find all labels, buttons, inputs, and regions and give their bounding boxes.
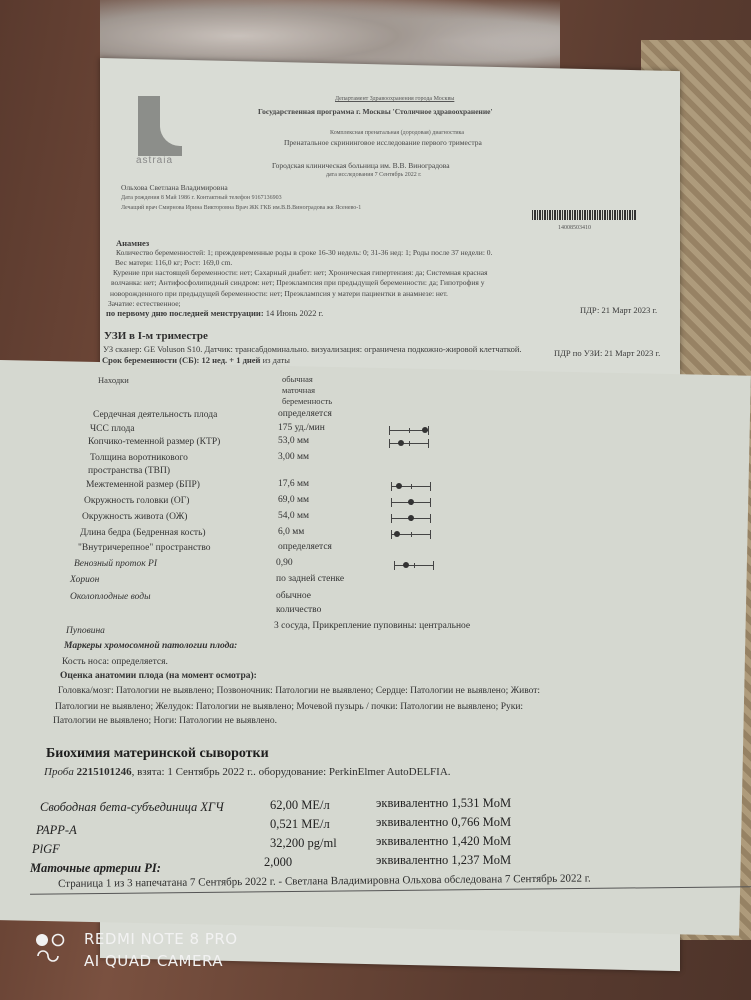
- measurement-label: Длина бедра (Бедренная кость): [80, 528, 206, 538]
- gestational-age: Срок беременности (СБ): 12 нед. + 1 дней…: [102, 355, 290, 365]
- anamnesis-line: Количество беременностей: 1; преждевреме…: [116, 248, 492, 257]
- measurement-label: Межтеменной размер (БПР): [86, 480, 200, 490]
- anatomy-line: Патологии не выявлено; Желудок: Патологи…: [55, 702, 523, 712]
- measurement-value: 3,00 мм: [278, 452, 309, 462]
- findings-value: обычная маточная беременность: [282, 374, 332, 407]
- biochem-label: PAPP-A: [36, 823, 77, 838]
- watermark-model: REDMI NOTE 8 PRO: [84, 928, 238, 950]
- exam-date: дата исследования 7 Сентябрь 2022 г.: [326, 172, 422, 178]
- biochem-label: Свободная бета-субъединица ХГЧ: [40, 800, 224, 815]
- biochem-value: 0,521 МЕ/л: [270, 817, 330, 832]
- biochem-label: PlGF: [32, 842, 60, 857]
- measurement-value: количество: [276, 605, 321, 615]
- anamnesis-line: Вес матери: 116,0 кг; Рост: 169,0 cm.: [115, 258, 232, 267]
- edd-us: ПДР по УЗИ: 21 Март 2023 г.: [554, 348, 660, 358]
- sample-line: Проба 2215101246, взята: 1 Сентябрь 2022…: [44, 766, 451, 778]
- anamnesis-line: Зачатие: естественное;: [108, 299, 181, 308]
- patient-name: Ольхова Светлана Владимировна: [121, 183, 228, 192]
- measurement-value: 0,90: [276, 558, 293, 568]
- measurement-label: Окружность головки (ОГ): [84, 496, 189, 506]
- reference-range-indicator: [389, 426, 429, 435]
- measurement-value: 3 сосуда, Прикрепление пуповины: централ…: [274, 621, 470, 631]
- anamnesis-line: новорожденного при предыдущей беременнос…: [110, 289, 448, 298]
- program-title: Государственная программа г. Москвы 'Сто…: [258, 107, 493, 116]
- measurement-value: 17,6 мм: [278, 479, 309, 489]
- biochem-value: 62,00 МЕ/л: [270, 798, 330, 813]
- findings-value-line: беременность: [282, 396, 332, 407]
- measurement-label: Венозный проток PI: [74, 559, 157, 569]
- biochem-value: 2,000: [264, 855, 292, 870]
- measurement-value: определяется: [278, 409, 332, 419]
- measurement-value: определяется: [278, 542, 332, 552]
- measurement-value: 175 уд./мин: [278, 423, 325, 433]
- markers-title: Маркеры хромосомной патологии плода:: [64, 641, 237, 651]
- lmp-label: по первому дню последней менструации:: [106, 308, 264, 318]
- measurement-label: пространства (ТВП): [88, 466, 170, 476]
- measurement-label: Околоплодные воды: [70, 592, 151, 602]
- biochem-mom: эквивалентно 1,420 MoM: [376, 834, 511, 849]
- findings-value-line: маточная: [282, 385, 332, 396]
- reference-range-indicator: [389, 439, 429, 448]
- measurement-value: 53,0 мм: [278, 436, 309, 446]
- patient-birth-phone: Дата рождения 8 Май 1986 г. Контактный т…: [121, 195, 282, 201]
- barcode: [532, 210, 637, 220]
- reference-range-indicator: [394, 561, 434, 570]
- biochem-mom: эквивалентно 1,531 MoM: [376, 796, 511, 811]
- camera-lens-icon: [34, 932, 68, 966]
- lmp-line: по первому дню последней менструации: 14…: [106, 308, 323, 318]
- nasal-bone: Кость носа: определяется.: [62, 657, 168, 667]
- reference-range-indicator: [391, 498, 431, 507]
- measurement-label: Копчико-теменной размер (КТР): [88, 437, 220, 447]
- measurement-value: 6,0 мм: [278, 527, 304, 537]
- biochem-label: Маточные артерии PI:: [30, 861, 161, 876]
- ultrasound-scanner: УЗ сканер: GE Voluson S10. Датчик: транс…: [103, 344, 522, 354]
- measurement-label: Пуповина: [66, 626, 105, 636]
- sample-rest: , взята: 1 Сентябрь 2022 г.. оборудовани…: [132, 766, 451, 778]
- anamnesis-title: Анамнез: [116, 238, 149, 248]
- anatomy-line: Патологии не выявлено; Ноги: Патологии н…: [53, 716, 277, 726]
- findings-label: Находки: [98, 375, 129, 385]
- screening-title: Пренатальное скрининговое исследование п…: [284, 138, 482, 147]
- ga-suffix: из даты: [263, 355, 290, 365]
- edd: ПДР: 21 Март 2023 г.: [580, 305, 657, 315]
- measurement-label: ЧСС плода: [90, 424, 135, 434]
- camera-watermark: REDMI NOTE 8 PRO AI QUAD CAMERA: [84, 928, 238, 972]
- hospital-name: Городская клиническая больница им. В.В. …: [272, 161, 450, 170]
- measurement-label: Сердечная деятельность плода: [93, 410, 217, 420]
- anatomy-line: Головка/мозг: Патологии не выявлено; Поз…: [58, 686, 540, 696]
- ga-label: Срок беременности (СБ):: [102, 355, 199, 365]
- watermark-camera: AI QUAD CAMERA: [84, 950, 238, 972]
- patient-doctor: Лечащий врач Смирнова Ирина Викторовна В…: [121, 205, 361, 211]
- measurement-value: 54,0 мм: [278, 511, 309, 521]
- measurement-value: 69,0 мм: [278, 495, 309, 505]
- sample-id: 2215101246: [77, 766, 132, 778]
- measurement-value: обычное: [276, 591, 311, 601]
- measurement-label: Толщина воротникового: [90, 453, 188, 463]
- measurement-label: "Внутричерепное" пространство: [78, 543, 211, 553]
- logo-text: astraia: [136, 155, 173, 166]
- anatomy-title: Оценка анатомии плода (на момент осмотра…: [60, 671, 257, 681]
- diagnostics-subtitle: Комплексная пренатальная (дородовая) диа…: [330, 130, 464, 136]
- lmp-value: 14 Июнь 2022 г.: [266, 308, 323, 318]
- sample-label: Проба: [44, 766, 74, 778]
- measurement-label: Хорион: [70, 575, 99, 585]
- biochemistry-title: Биохимия материнской сыворотки: [46, 746, 269, 762]
- ga-value: 12 нед. + 1 дней: [202, 355, 261, 365]
- reference-range-indicator: [391, 530, 431, 539]
- biochem-value: 32,200 pg/ml: [270, 836, 337, 851]
- reference-range-indicator: [391, 482, 431, 491]
- biochem-mom: эквивалентно 0,766 MoM: [376, 815, 511, 830]
- department: Департамент Здравоохранения города Москв…: [335, 96, 454, 102]
- anamnesis-line: волчанка: нет; Антифосфолипидный синдром…: [111, 278, 485, 287]
- ultrasound-title: УЗИ в I-м триместре: [104, 330, 208, 342]
- reference-range-indicator: [391, 514, 431, 523]
- biochem-mom: эквивалентно 1,237 MoM: [376, 853, 511, 868]
- anamnesis-line: Курение при настоящей беременности: нет;…: [113, 268, 488, 277]
- measurement-value: по задней стенке: [276, 574, 344, 584]
- barcode-number: 14008503410: [558, 225, 591, 231]
- findings-value-line: обычная: [282, 374, 332, 385]
- measurement-label: Окружность живота (ОЖ): [82, 512, 187, 522]
